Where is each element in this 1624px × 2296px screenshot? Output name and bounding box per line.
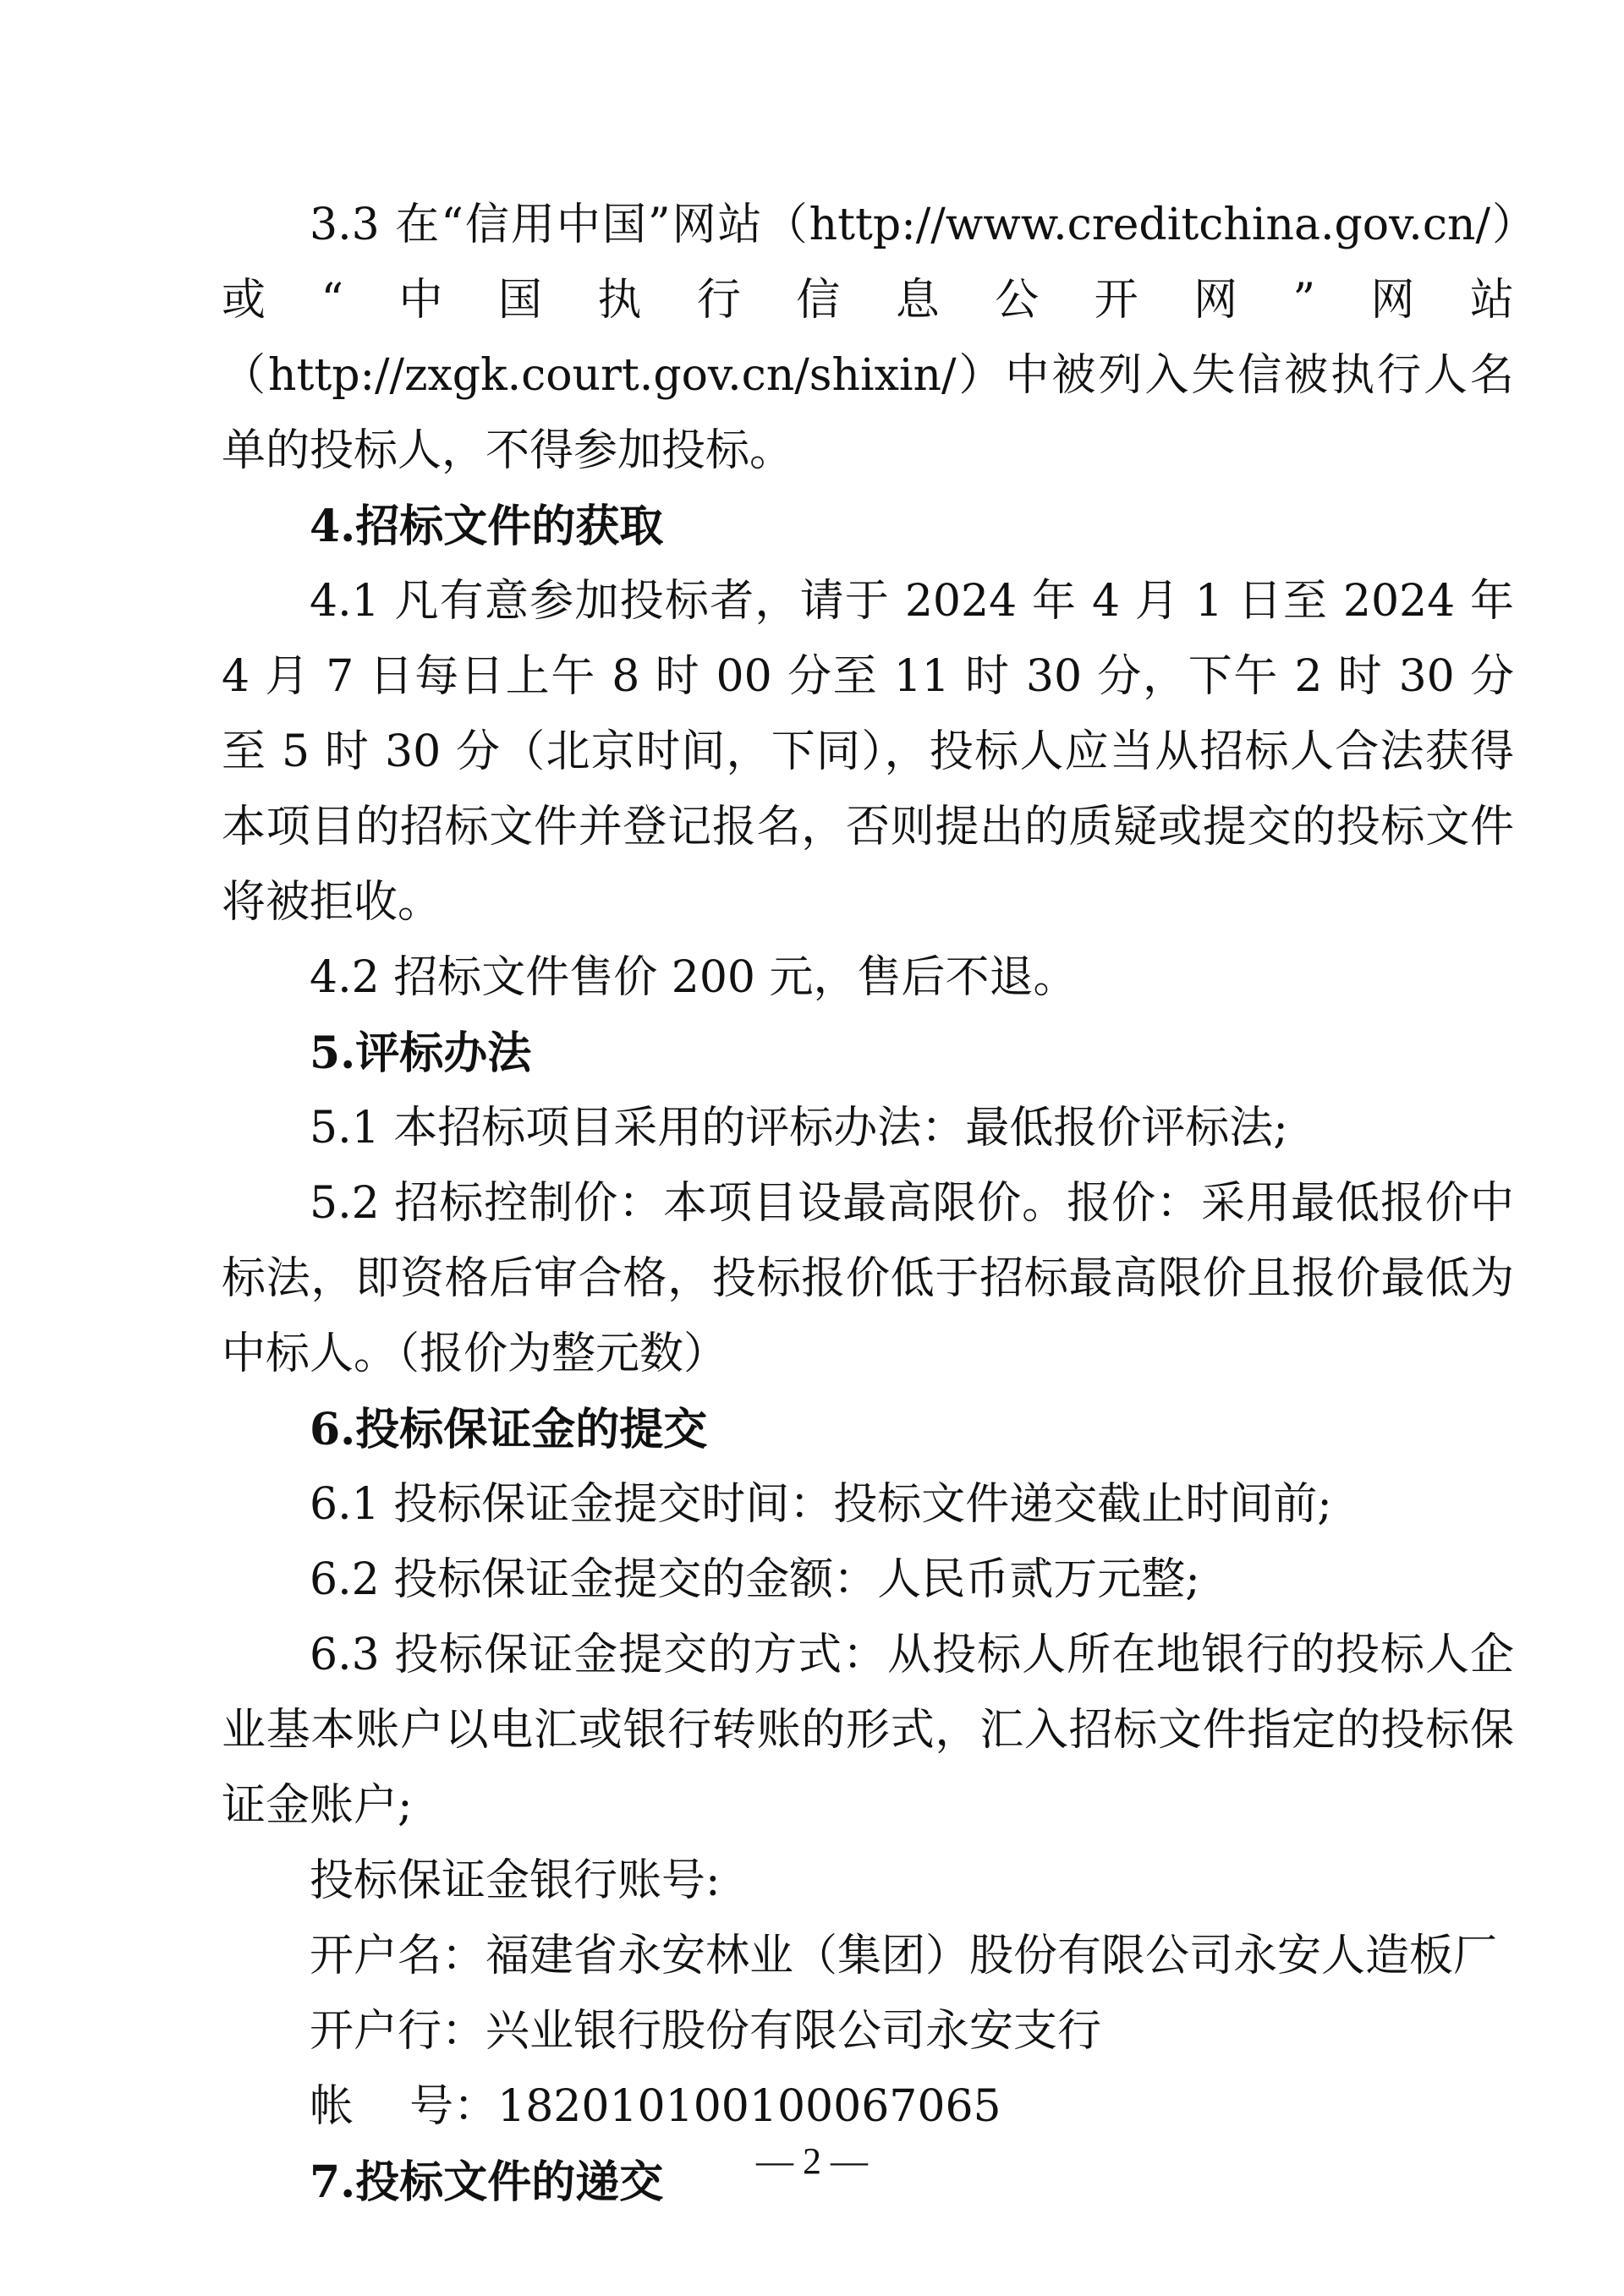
clause-5-2: 5.2 招标控制价：本项目设最高限价。报价：采用最低报价中标法，即资格后审合格，… (222, 1166, 1514, 1392)
clause-6-1: 6.1 投标保证金提交时间：投标文件递交截止时间前; (222, 1467, 1514, 1543)
clause-3-3: 3.3 在“信用中国”网站（http://www.creditchina.gov… (222, 188, 1514, 489)
document-page: 3.3 在“信用中国”网站（http://www.creditchina.gov… (222, 188, 1514, 2220)
heading-4: 4.招标文件的获取 (222, 489, 1514, 564)
clause-5-1: 5.1 本招标项目采用的评标办法：最低报价评标法; (222, 1091, 1514, 1166)
heading-6: 6.投标保证金的提交 (222, 1392, 1514, 1467)
clause-6-3: 6.3 投标保证金提交的方式：从投标人所在地银行的投标人企业基本账户以电汇或银行… (222, 1618, 1514, 1844)
clause-4-2: 4.2 招标文件售价 200 元，售后不退。 (222, 940, 1514, 1016)
clause-4-1: 4.1 凡有意参加投标者，请于 2024 年 4 月 1 日至 2024 年 4… (222, 564, 1514, 940)
bank-account-title: 投标保证金银行账号: (222, 1844, 1514, 1919)
account-number: 帐 号：182010100100067065 (222, 2069, 1514, 2145)
account-name: 开户名：福建省永安林业（集团）股份有限公司永安人造板厂 (222, 1919, 1514, 1994)
clause-6-2: 6.2 投标保证金提交的金额：人民币贰万元整; (222, 1543, 1514, 1618)
heading-5: 5.评标办法 (222, 1016, 1514, 1091)
page-number: — 2 — (0, 2140, 1624, 2183)
bank-branch: 开户行：兴业银行股份有限公司永安支行 (222, 1994, 1514, 2069)
